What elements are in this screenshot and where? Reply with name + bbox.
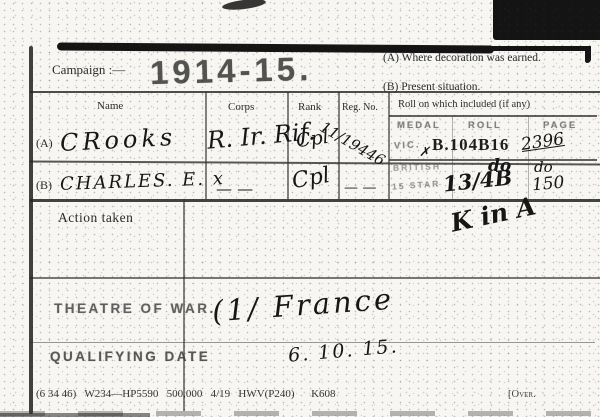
theatre-of-war-label: THEATRE OF WAR. <box>54 301 216 316</box>
qualifying-date-value: 6. 10. 15. <box>287 335 399 367</box>
action-taken-label: Action taken <box>58 210 133 226</box>
column-header-corps: Corps <box>228 101 254 113</box>
decoration-earned-note: (A) Where decoration was earned. <box>383 52 541 64</box>
scan-artifact-bottom-left <box>0 413 150 417</box>
table-top-rule <box>30 91 600 93</box>
corps-ditto-dashes: — — <box>216 179 253 198</box>
column-header-roll: Roll on which included (if any) <box>398 99 530 110</box>
victory-page-number: 2396 <box>520 129 566 155</box>
card-left-edge <box>29 46 33 414</box>
victory-roll-number: B.104B16 <box>432 135 509 155</box>
soldier-forenames: CHARLES. E. x <box>60 168 226 195</box>
column-header-name: Name <box>97 100 123 112</box>
campaign-label: Campaign :— <box>52 62 125 78</box>
scan-artifact-corner <box>493 0 600 40</box>
victory-medal-stamp: VIC. <box>394 139 421 151</box>
row-a-label: (A) <box>36 136 53 151</box>
section-divider-rule <box>30 277 600 279</box>
subheader-medal: MEDAL <box>397 120 441 131</box>
scan-artifact-blob <box>222 0 267 12</box>
british-medal-stamp: BRITISH <box>393 161 441 173</box>
soldier-surname: CRooks <box>59 123 177 157</box>
roll-subcolumn-line-2 <box>528 116 529 199</box>
medal-index-card-scan: Campaign :— 1914-15. (A) Where decoratio… <box>0 0 600 417</box>
star-page-number: 150 <box>531 173 565 196</box>
rank-entry-b: Cpl <box>290 163 332 194</box>
column-header-reg-no: Reg. No. <box>342 102 378 113</box>
reg-ditto-dashes: — — <box>344 180 376 196</box>
column-header-rank: Rank <box>298 101 321 113</box>
card-top-edge-right <box>488 46 590 51</box>
subheader-roll: ROLL <box>468 120 502 131</box>
card-corner-hook <box>585 46 591 63</box>
row-b-label: (B) <box>36 178 52 193</box>
star-medal-stamp: 15 STAR <box>392 178 441 191</box>
column-line-reg <box>388 92 390 199</box>
victory-medal-mark: ✗ <box>419 145 430 160</box>
roll-header-rule <box>389 115 597 117</box>
over-note: [Over. <box>508 389 536 400</box>
theatre-of-war-value: (1/ France <box>211 282 395 329</box>
campaign-year-stamp: 1914-15. <box>150 50 313 92</box>
qualifying-date-label: QUALIFYING DATE <box>50 349 210 364</box>
form-print-code: (6 34 46) W234—HP5590 500,000 4/19 HWV(P… <box>36 388 336 400</box>
